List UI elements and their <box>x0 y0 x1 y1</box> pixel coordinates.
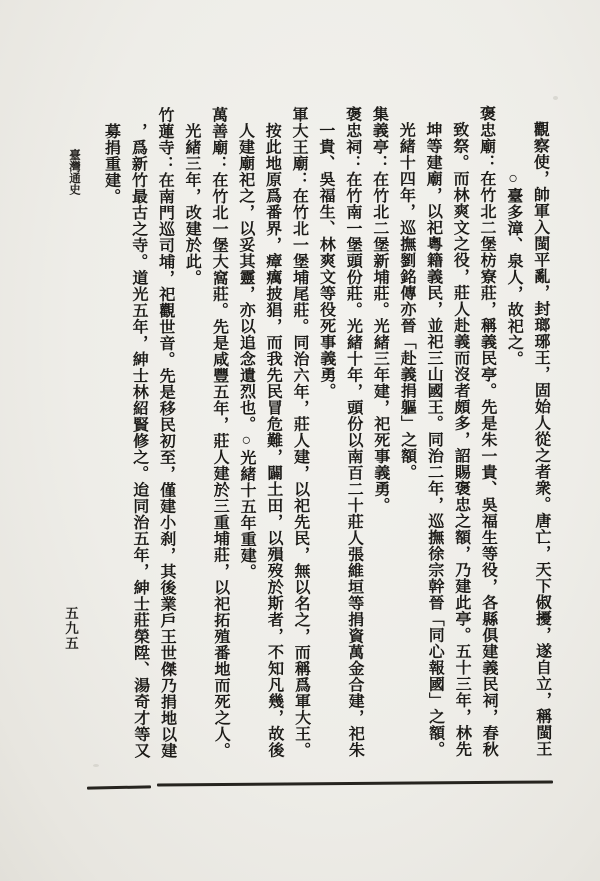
text-column: 坤等建廟，以祀粵籍義民，並祀三山國王。同治二年，巡撫徐宗幹晉「同心報國」之額。 <box>419 105 449 781</box>
text-columns: 觀察使，帥軍入閩平亂，封瑯琊王，固始人從之者衆。唐亡，天下俶擾，遂自立，稱閩王○… <box>97 105 555 783</box>
text-column: 光緒十四年，巡撫劉銘傳亦晉「赴義捐軀」之額。 <box>392 106 422 782</box>
text-column: 按此地原爲番界，瘴癘披猖，而我先民冒危難，闢土田，以殞歿於斯者，不知凡幾，故後 <box>258 106 288 782</box>
text-column: ，爲新竹最古之寺。道光五年，紳士林紹賢修之。迨同治五年，紳士莊榮陞、湯奇才等又 <box>124 107 154 783</box>
text-column: 人建廟祀之，以妥其靈，亦以追念遺烈也。○光緒十五年重建。 <box>231 106 261 782</box>
text-column: 軍大王廟：在竹北一堡埔尾莊。同治六年，莊人建，以祀先民，無以名之，而稱爲軍大王。 <box>285 106 315 782</box>
text-column: ○臺多漳、泉人，故祀之。 <box>499 105 529 781</box>
text-column: 一貴、吳福生、林爽文等役死事義勇。 <box>311 106 341 782</box>
text-column: 致祭。而林爽文之役，莊人赴義而沒者頗多，詔賜褒忠之額，乃建此亭。五十三年，林先 <box>445 105 475 781</box>
running-title: 臺灣通史 <box>63 149 85 195</box>
text-column: 竹蓮寺：在南門巡司埔，祀觀世音。先是移民初至，僅建小刹，其後業戶王世傑乃捐地以建 <box>151 107 181 783</box>
scan-blemish <box>553 96 558 100</box>
text-column: 募捐重建。 <box>97 107 127 783</box>
text-column: 觀察使，帥軍入閩平亂，封瑯琊王，固始人從之者衆。唐亡，天下俶擾，遂自立，稱閩王 <box>526 105 556 781</box>
text-column: 萬善廟：在竹北一堡大窩莊。先是咸豐五年，莊人建於三重埔莊，以祀拓殖番地而死之人。 <box>204 106 234 782</box>
text-column: 集義亭：在竹北二堡新埔莊。光緒三年建，祀死事義勇。 <box>365 106 395 782</box>
scan-blemish <box>93 764 99 767</box>
text-column: 褒忠廟：在竹北二堡枋寮莊，稱義民亭。先是朱一貴、吳福生等役，各縣俱建義民祠，春秋 <box>472 105 502 781</box>
text-column: 光緒三年，改建於此。 <box>177 107 207 783</box>
bottom-rule-short <box>87 785 151 789</box>
book-page: 臺灣通史 觀察使，帥軍入閩平亂，封瑯琊王，固始人從之者衆。唐亡，天下俶擾，遂自立… <box>0 0 600 881</box>
text-column: 褒忠祠：在竹南一堡頭份莊。光緒十年，頭份以南百二十莊人張維垣等捐資萬金合建，祀朱 <box>338 106 368 782</box>
page-number: 五九五 <box>60 606 80 651</box>
